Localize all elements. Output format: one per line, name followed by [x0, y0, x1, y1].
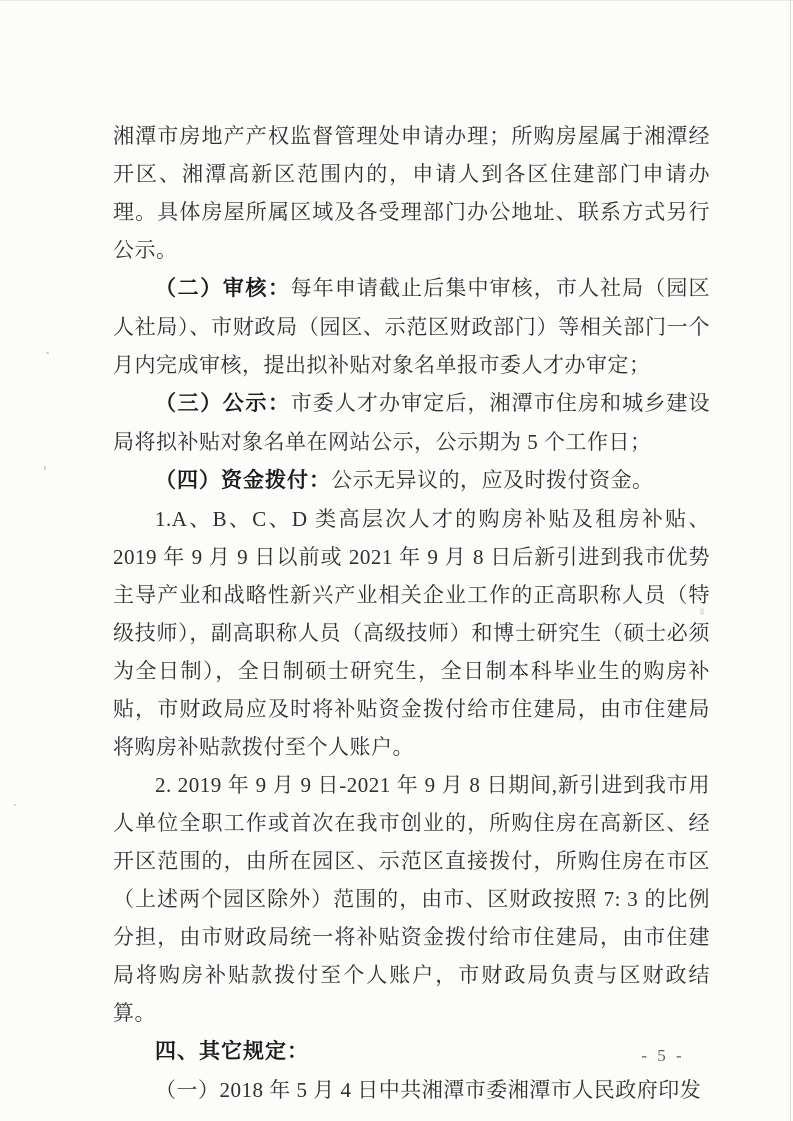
item-label: （二）审核： [155, 277, 291, 300]
paragraph-item-3-publicity: （三）公示：市委人才办审定后，湘潭市住房和城乡建设局将拟补贴对象名单在网站公示，… [113, 384, 710, 461]
document-body: 湘潭市房地产产权监督管理处申请办理；所购房屋属于湘潭经开区、湘潭高新区范围内的，… [113, 117, 710, 1109]
paragraph-item-2-review: （二）审核：每年申请截止后集中审核，市人社局（园区人社局）、市财政局（园区、示范… [113, 269, 710, 384]
paragraph-item-4-funding: （四）资金拨付：公示无异议的，应及时拨付资金。 [113, 461, 710, 500]
page-number: - 5 - [613, 1046, 713, 1066]
scan-edge-top [0, 0, 793, 1]
item-label: （四）资金拨付： [155, 469, 331, 492]
paragraph-continuation: 湘潭市房地产产权监督管理处申请办理；所购房屋属于湘潭经开区、湘潭高新区范围内的，… [113, 117, 710, 269]
paragraph-text: （一）2018 年 5 月 4 日中共湘潭市委湘潭市人民政府印发 [155, 1078, 701, 1102]
paragraph-text: 1.A、B、C、D 类高层次人才的购房补贴及租房补贴、2019 年 9 月 9 … [113, 507, 710, 759]
paragraph-other-rule-1: （一）2018 年 5 月 4 日中共湘潭市委湘潭市人民政府印发 [113, 1071, 710, 1109]
scanned-document-page: { "colors": { "paper": "#fcfcfa", "ink":… [0, 0, 793, 1121]
scan-speck [46, 352, 49, 354]
scan-speck [14, 804, 16, 806]
paragraph-text: 湘潭市房地产产权监督管理处申请办理；所购房屋属于湘潭经开区、湘潭高新区范围内的，… [113, 124, 710, 262]
item-label: （三）公示： [155, 392, 291, 415]
paragraph-sub-1: 1.A、B、C、D 类高层次人才的购房补贴及租房补贴、2019 年 9 月 9 … [113, 500, 710, 766]
scan-edge-right [790, 0, 791, 1121]
section-heading-label: 四、其它规定： [155, 1040, 309, 1063]
paragraph-text: 2. 2019 年 9 月 9 日-2021 年 9 月 8 日期间,新引进到我… [113, 773, 710, 1025]
paragraph-text: 公示无异议的，应及时拨付资金。 [331, 468, 654, 492]
paragraph-sub-2: 2. 2019 年 9 月 9 日-2021 年 9 月 8 日期间,新引进到我… [113, 766, 710, 1032]
scan-speck [44, 466, 46, 470]
